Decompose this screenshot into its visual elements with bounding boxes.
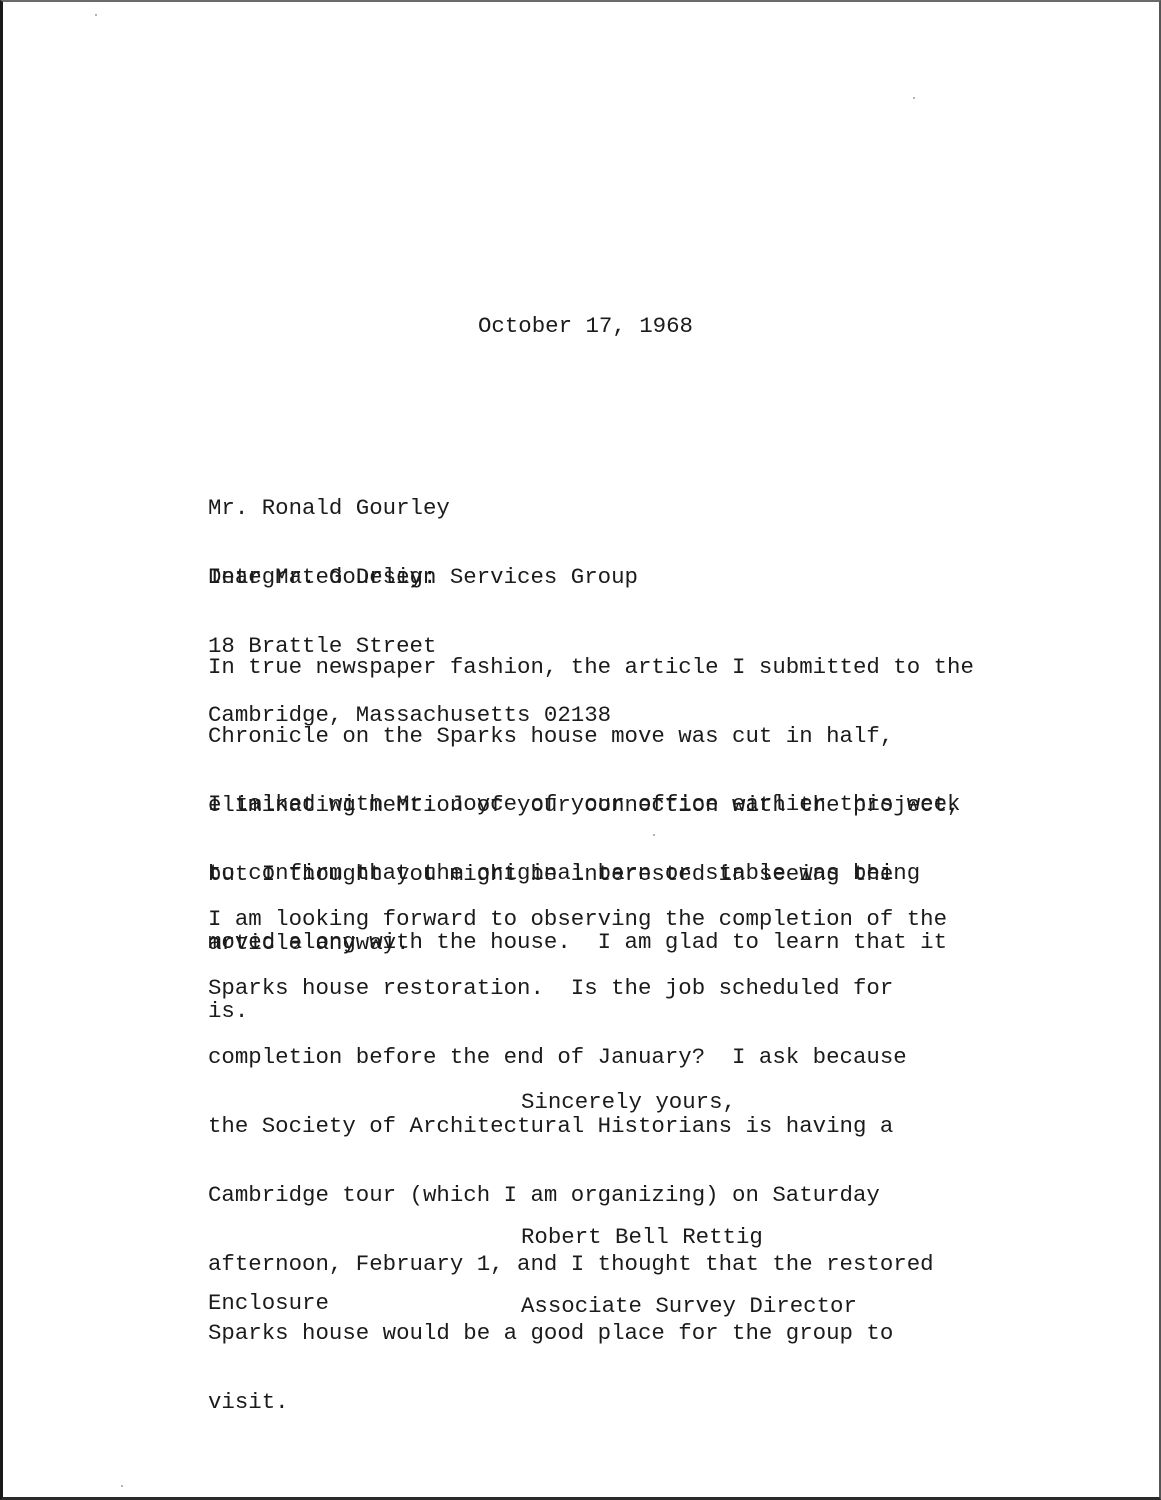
signer-name: Robert Bell Rettig: [521, 1226, 857, 1249]
scan-speck: [121, 1485, 123, 1487]
scan-speck: [653, 834, 655, 836]
paragraph-line: I am looking forward to observing the co…: [208, 908, 947, 931]
letter-date: October 17, 1968: [478, 315, 693, 338]
paragraph-line: In true newspaper fashion, the article I…: [208, 656, 974, 679]
paragraph-line: the Society of Architectural Historians …: [208, 1115, 947, 1138]
salutation: Dear Mr. Gourley:: [208, 566, 436, 589]
recipient-name: Mr. Ronald Gourley: [208, 497, 638, 520]
signer-title: Associate Survey Director: [521, 1295, 857, 1318]
scan-speck: [913, 97, 915, 99]
enclosure-note: Enclosure: [208, 1292, 329, 1315]
paragraph-line: visit.: [208, 1391, 947, 1414]
scan-speck: [95, 14, 97, 16]
paragraph-line: completion before the end of January? I …: [208, 1046, 947, 1069]
body-paragraph-3: I am looking forward to observing the co…: [208, 862, 947, 1460]
signature-block: Robert Bell Rettig Associate Survey Dire…: [521, 1180, 857, 1364]
paragraph-line: I talked with Mr. Joyce of your office e…: [208, 793, 960, 816]
letter-page: October 17, 1968 Mr. Ronald Gourley Inte…: [0, 0, 1161, 1500]
closing: Sincerely yours,: [521, 1091, 736, 1114]
paragraph-line: Sparks house restoration. Is the job sch…: [208, 977, 947, 1000]
paragraph-line: Chronicle on the Sparks house move was c…: [208, 725, 974, 748]
